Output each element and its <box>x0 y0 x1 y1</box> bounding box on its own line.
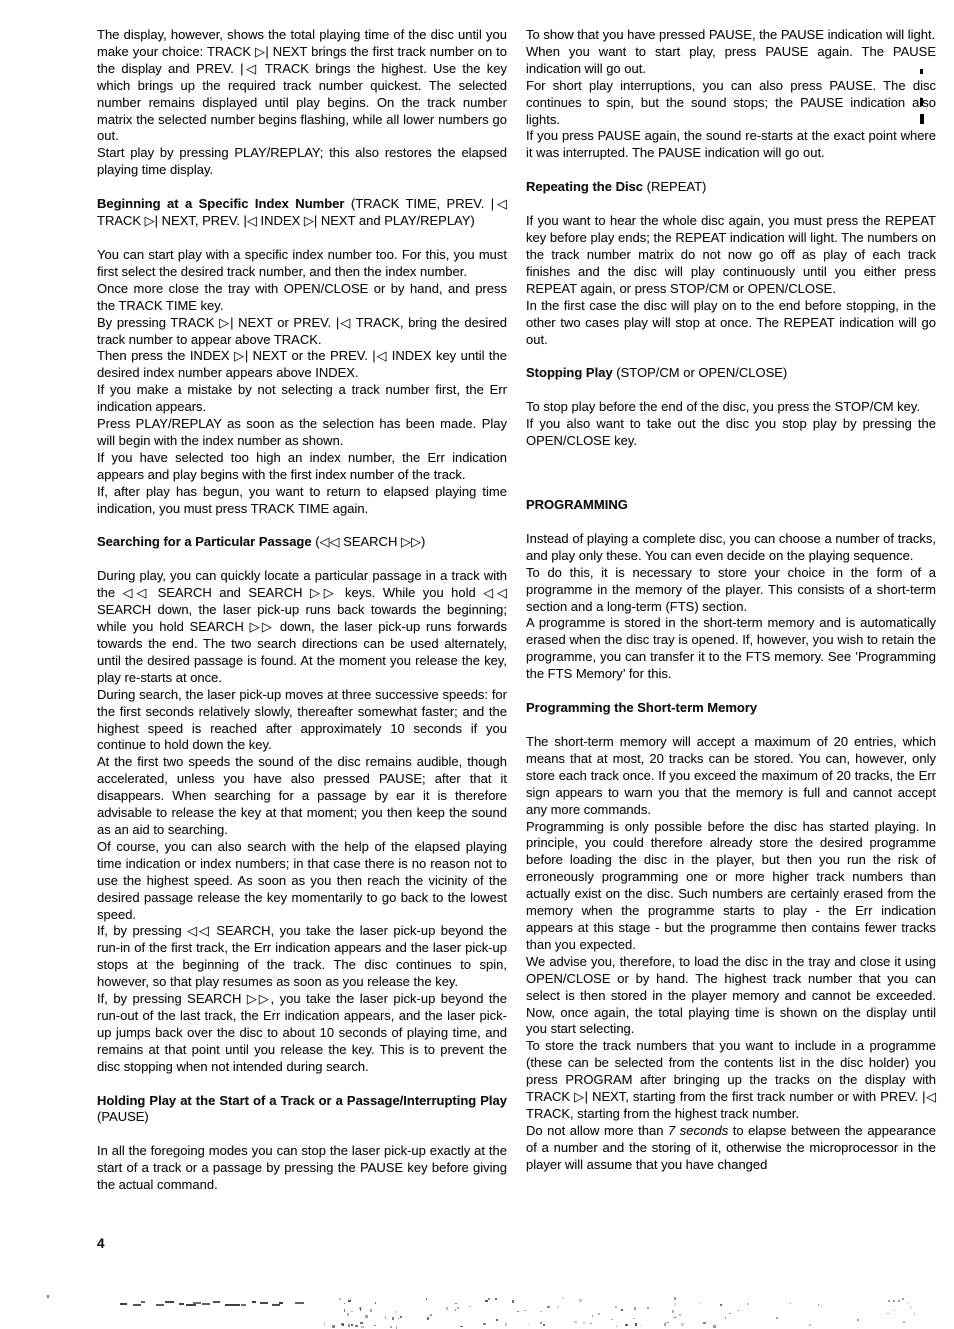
right-column: To show that you have pressed PAUSE, the… <box>526 27 936 1174</box>
paragraph: Instead of playing a complete disc, you … <box>526 531 936 565</box>
section-heading-programming: PROGRAMMING <box>526 497 936 514</box>
page-number: 4 <box>97 1236 105 1251</box>
paragraph: In the first case the disc will play on … <box>526 298 936 349</box>
section-heading-searching: Searching for a Particular Passage (◁◁ S… <box>97 534 507 551</box>
section-heading-holding-play: Holding Play at the Start of a Track or … <box>97 1093 507 1127</box>
paragraph: The short-term memory will accept a maxi… <box>526 734 936 819</box>
paragraph: To do this, it is necessary to store you… <box>526 565 936 616</box>
paragraph: If you also want to take out the disc yo… <box>526 416 936 450</box>
paragraph: You can start play with a specific index… <box>97 247 507 281</box>
paragraph: If you press PAUSE again, the sound re-s… <box>526 128 936 162</box>
paragraph: If you want to hear the whole disc again… <box>526 213 936 298</box>
paragraph: Programming is only possible before the … <box>526 819 936 954</box>
paragraph: When you want to start play, press PAUSE… <box>526 44 936 78</box>
paragraph: To stop play before the end of the disc,… <box>526 399 936 416</box>
section-heading-stopping: Stopping Play (STOP/CM or OPEN/CLOSE) <box>526 365 936 382</box>
paragraph: The display, however, shows the total pl… <box>97 27 507 145</box>
paragraph: We advise you, therefore, to load the di… <box>526 954 936 1039</box>
section-heading-index-number: Beginning at a Specific Index Number (TR… <box>97 196 507 230</box>
paragraph: A programme is stored in the short-term … <box>526 615 936 683</box>
paragraph: Do not allow more than 7 seconds to elap… <box>526 1123 936 1174</box>
paragraph: By pressing TRACK ▷| NEXT or PREV. |◁ TR… <box>97 315 507 349</box>
paragraph: If, by pressing SEARCH ▷▷, you take the … <box>97 991 507 1076</box>
paragraph: Press PLAY/REPLAY as soon as the selecti… <box>97 416 507 450</box>
scan-artifact <box>920 69 923 74</box>
paragraph: During search, the laser pick-up moves a… <box>97 687 507 755</box>
paragraph: During play, you can quickly locate a pa… <box>97 568 507 686</box>
paragraph: For short play interruptions, you can al… <box>526 78 936 129</box>
paragraph: Then press the INDEX ▷| NEXT or the PREV… <box>97 348 507 382</box>
paragraph: If, after play has begun, you want to re… <box>97 484 507 518</box>
scan-artifact <box>920 114 924 124</box>
paragraph: If you make a mistake by not selecting a… <box>97 382 507 416</box>
section-heading-short-term-memory: Programming the Short-term Memory <box>526 700 936 717</box>
section-heading-repeating: Repeating the Disc (REPEAT) <box>526 179 936 196</box>
scan-artifact <box>920 98 923 106</box>
paragraph: To show that you have pressed PAUSE, the… <box>526 27 936 44</box>
paragraph: Of course, you can also search with the … <box>97 839 507 924</box>
paragraph: If, by pressing ◁◁ SEARCH, you take the … <box>97 923 507 991</box>
paragraph: If you have selected too high an index n… <box>97 450 507 484</box>
paragraph: In all the foregoing modes you can stop … <box>97 1143 507 1194</box>
paragraph: At the first two speeds the sound of the… <box>97 754 507 839</box>
manual-page: The display, however, shows the total pl… <box>0 0 954 1329</box>
paragraph: Start play by pressing PLAY/REPLAY; this… <box>97 145 507 179</box>
left-column: The display, however, shows the total pl… <box>97 27 507 1194</box>
paragraph: To store the track numbers that you want… <box>526 1038 936 1123</box>
paragraph: Once more close the tray with OPEN/CLOSE… <box>97 281 507 315</box>
